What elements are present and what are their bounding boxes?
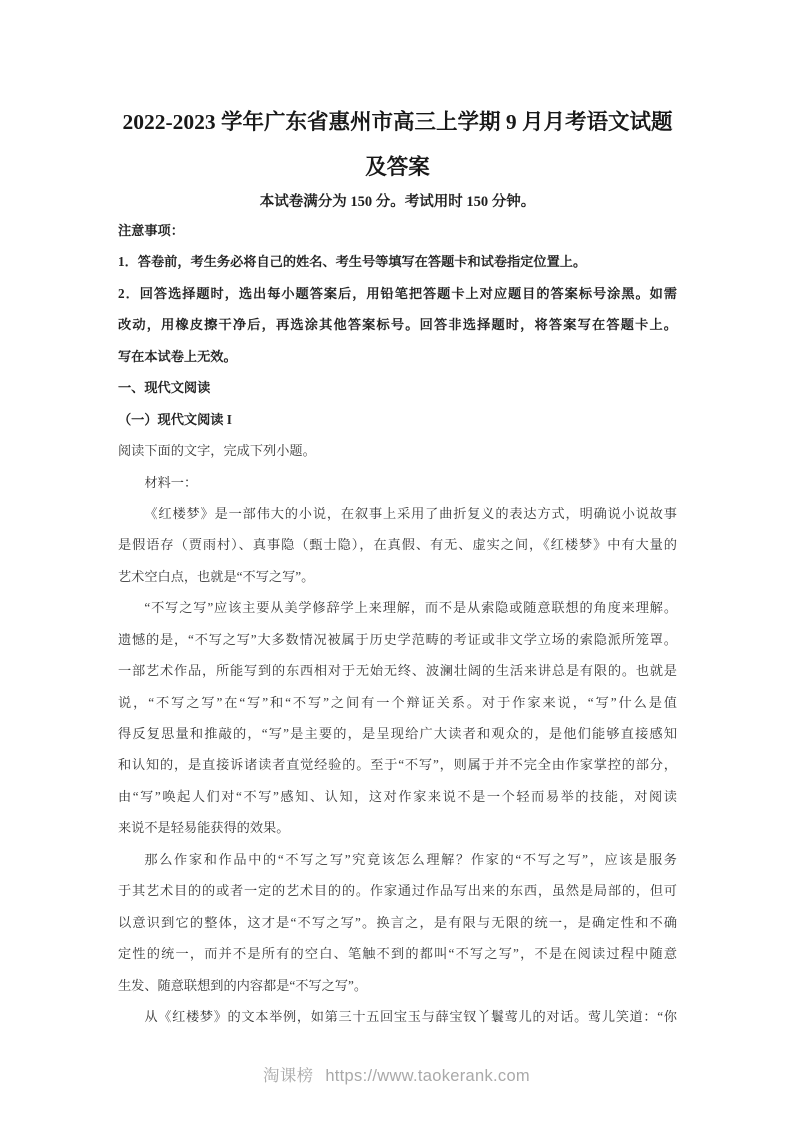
body-line: 是假语存（贾雨村）、真事隐（甄士隐），在真假、有无、虚实之间，《红楼梦》中有大量… (118, 529, 677, 560)
body-line: 定性的统一，而并不是所有的空白、笔触不到的都叫“不写之写”，不是在阅读过程中随意 (118, 938, 677, 969)
body-line: 那么作家和作品中的“不写之写”究竟该怎么理解？作家的“不写之写”，应该是服务 (118, 844, 677, 875)
watermark-footer: 淘课榜 https://www.taokerank.com (0, 1062, 793, 1086)
notice-item-2-line-2: 改动，用橡皮擦干净后，再选涂其他答案标号。回答非选择题时，将答案写在答题卡上。 (118, 309, 677, 340)
section-heading-modern-reading: 一、现代文阅读 (118, 372, 677, 403)
notice-heading: 注意事项： (118, 215, 677, 246)
notice-item-2-line-3: 写在本试卷上无效。 (118, 341, 677, 372)
body-line: 由“写”唤起人们对“不写”感知、认知，这对作家来说不是一个轻而易举的技能，对阅读 (118, 781, 677, 812)
body-line: 说，“不写之写”在“写”和“不写”之间有一个辩证关系。对于作家来说，“写”什么是… (118, 687, 677, 718)
document-title-line-2: 及答案 (118, 145, 677, 190)
body-line: 以意识到它的整体，这才是“不写之写”。换言之，是有限与无限的统一，是确定性和不确 (118, 907, 677, 938)
body-line: 得反复思量和推敲的，“写”是主要的，是呈现给广大读者和观众的，是他们能够直接感知 (118, 718, 677, 749)
body-line: 来说不是轻易能获得的效果。 (118, 812, 677, 843)
body-line: 艺术空白点，也就是“不写之写”。 (118, 561, 677, 592)
watermark-site-url: https://www.taokerank.com (325, 1067, 530, 1086)
body-line: 和认知的，是直接诉诸读者直觉经验的。至于“不写”，则属于并不完全由作家掌控的部分… (118, 749, 677, 780)
exam-document-page: 2022-2023 学年广东省惠州市高三上学期 9 月月考语文试题 及答案 本试… (0, 0, 793, 1122)
body-line: 遗憾的是，“不写之写”大多数情况被属于历史学范畴的考证或非文学立场的索隐派所笼罩… (118, 624, 677, 655)
body-line: 从《红楼梦》的文本举例，如第三十五回宝玉与薛宝钗丫鬟莺儿的对话。莺儿笑道：“你 (118, 1001, 677, 1032)
document-title-line-1: 2022-2023 学年广东省惠州市高三上学期 9 月月考语文试题 (118, 100, 677, 145)
notice-item-2-line-1: 2．回答选择题时，选出每小题答案后，用铅笔把答题卡上对应题目的答案标号涂黑。如需 (118, 278, 677, 309)
body-line: 生发、随意联想到的内容都是“不写之写”。 (118, 970, 677, 1001)
subsection-heading-modern-reading-1: （一）现代文阅读 I (118, 404, 677, 435)
body-line: 于其艺术目的的或者一定的艺术目的的。作家通过作品写出来的东西，虽然是局部的，但可 (118, 875, 677, 906)
reading-instruction: 阅读下面的文字，完成下列小题。 (118, 435, 677, 466)
body-line: 《红楼梦》是一部伟大的小说，在叙事上采用了曲折复义的表达方式，明确说小说故事 (118, 498, 677, 529)
body-line: “不写之写”应该主要从美学修辞学上来理解，而不是从索隐或随意联想的角度来理解。 (118, 592, 677, 623)
body-line: 一部艺术作品，所能写到的东西相对于无始无终、波澜壮阔的生活来讲总是有限的。也就是 (118, 655, 677, 686)
material-one-label: 材料一： (118, 467, 677, 498)
document-title: 2022-2023 学年广东省惠州市高三上学期 9 月月考语文试题 及答案 (118, 0, 677, 190)
notice-item-1: 1．答卷前，考生务必将自己的姓名、考生号等填写在答题卡和试卷指定位置上。 (118, 246, 677, 277)
exam-score-time-info: 本试卷满分为 150 分。考试用时 150 分钟。 (118, 190, 677, 215)
watermark-site-name: 淘课榜 (263, 1062, 313, 1086)
